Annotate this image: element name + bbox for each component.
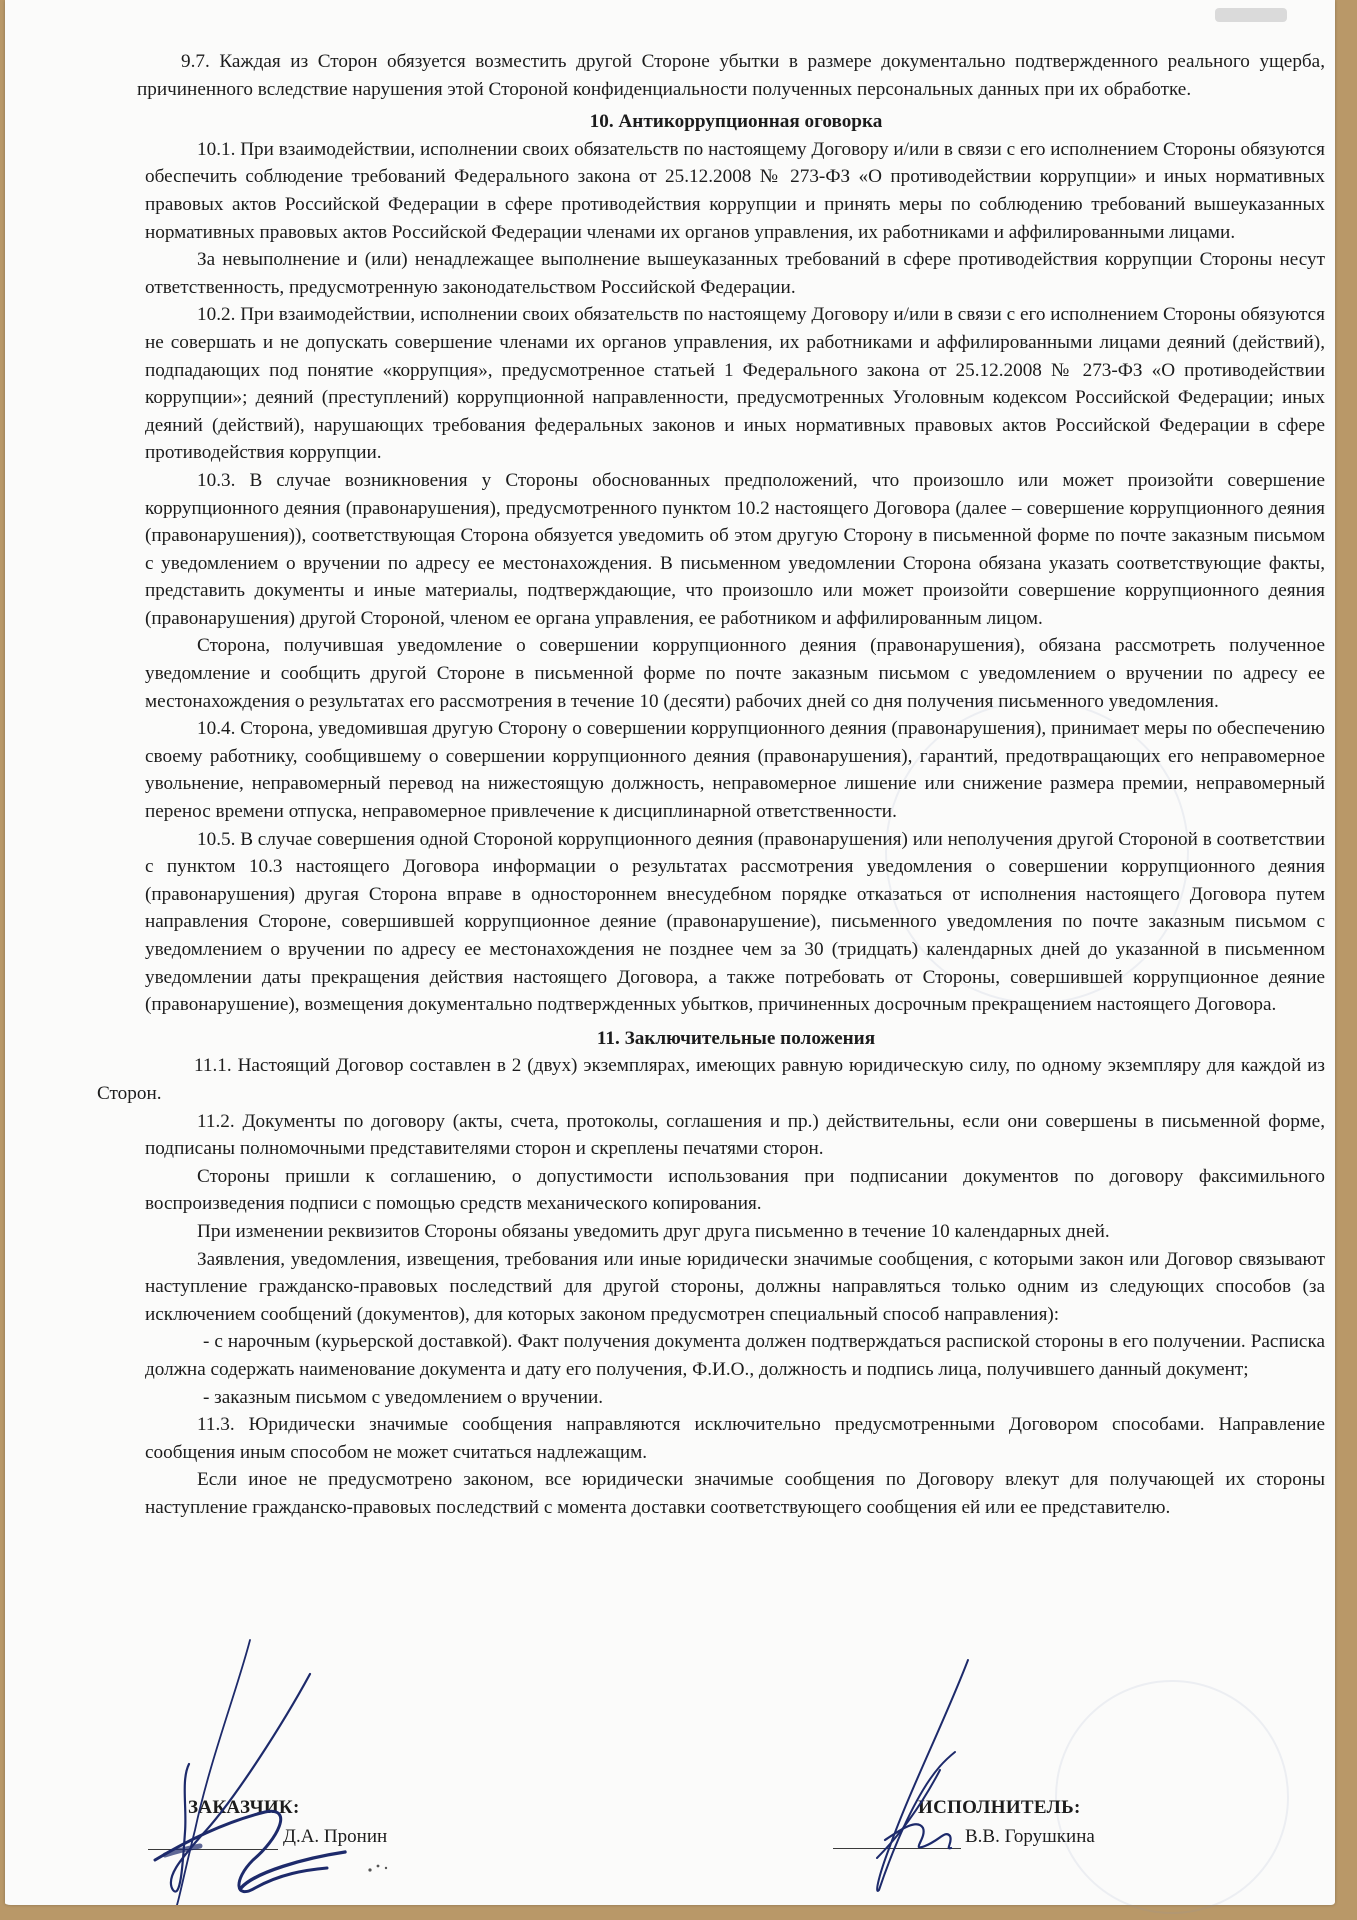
clause-10-3: 10.3. В случае возникновения у Стороны о…	[145, 467, 1325, 633]
clause-11-3-effect: Если иное не предусмотрено законом, все …	[145, 1466, 1325, 1521]
clause-9-7: 9.7. Каждая из Сторон обязуется возмести…	[137, 48, 1325, 103]
clause-10-1: 10.1. При взаимодействии, исполнении сво…	[145, 136, 1325, 246]
clause-11-2-notices: Заявления, уведомления, извещения, требо…	[145, 1246, 1325, 1329]
clause-10-5: 10.5. В случае совершения одной Стороной…	[145, 826, 1325, 1019]
customer-signature-icon	[171, 1674, 310, 1892]
clause-11-3: 11.3. Юридически значимые сообщения напр…	[145, 1411, 1325, 1466]
section-10-title: 10. Антикоррупционная оговорка	[147, 108, 1325, 136]
clause-11-2: 11.2. Документы по договору (акты, счета…	[145, 1108, 1325, 1163]
contractor-label: ИСПОЛНИТЕЛЬ:	[918, 1797, 1081, 1819]
clause-11-2-courier: - с нарочным (курьерской доставкой). Фак…	[145, 1328, 1325, 1383]
clause-10-3-response: Сторона, получившая уведомление о соверш…	[145, 632, 1325, 715]
clause-11-1: 11.1. Настоящий Договор составлен в 2 (д…	[97, 1052, 1325, 1107]
contractor-signature-icon	[877, 1660, 968, 1891]
document-body: 9.7. Каждая из Сторон обязуется возмести…	[147, 48, 1325, 1521]
clause-11-2-requisites: При изменении реквизитов Стороны обязаны…	[145, 1218, 1325, 1246]
clause-10-1-liability: За невыполнение и (или) ненадлежащее вып…	[145, 246, 1325, 301]
document-page: 9.7. Каждая из Сторон обязуется возмести…	[5, 0, 1335, 1905]
customer-name: Д.А. Пронин	[283, 1826, 387, 1848]
faint-stamp-imprint-2	[1055, 1680, 1289, 1914]
clause-11-2-registered-mail: - заказным письмом с уведомлением о вруч…	[145, 1384, 1325, 1412]
contractor-name: В.В. Горушкина	[965, 1826, 1095, 1848]
section-11-title: 11. Заключительные положения	[147, 1025, 1325, 1053]
clause-10-4: 10.4. Сторона, уведомившая другую Сторон…	[145, 715, 1325, 825]
contractor-signature-line	[833, 1848, 961, 1849]
customer-label: ЗАКАЗЧИК:	[188, 1797, 300, 1819]
page-tab-mark	[1215, 8, 1287, 22]
customer-signature-line	[148, 1849, 278, 1850]
clause-10-2: 10.2. При взаимодействии, исполнении сво…	[145, 301, 1325, 467]
clause-11-2-facsimile: Стороны пришли к соглашению, о допустимо…	[145, 1163, 1325, 1218]
